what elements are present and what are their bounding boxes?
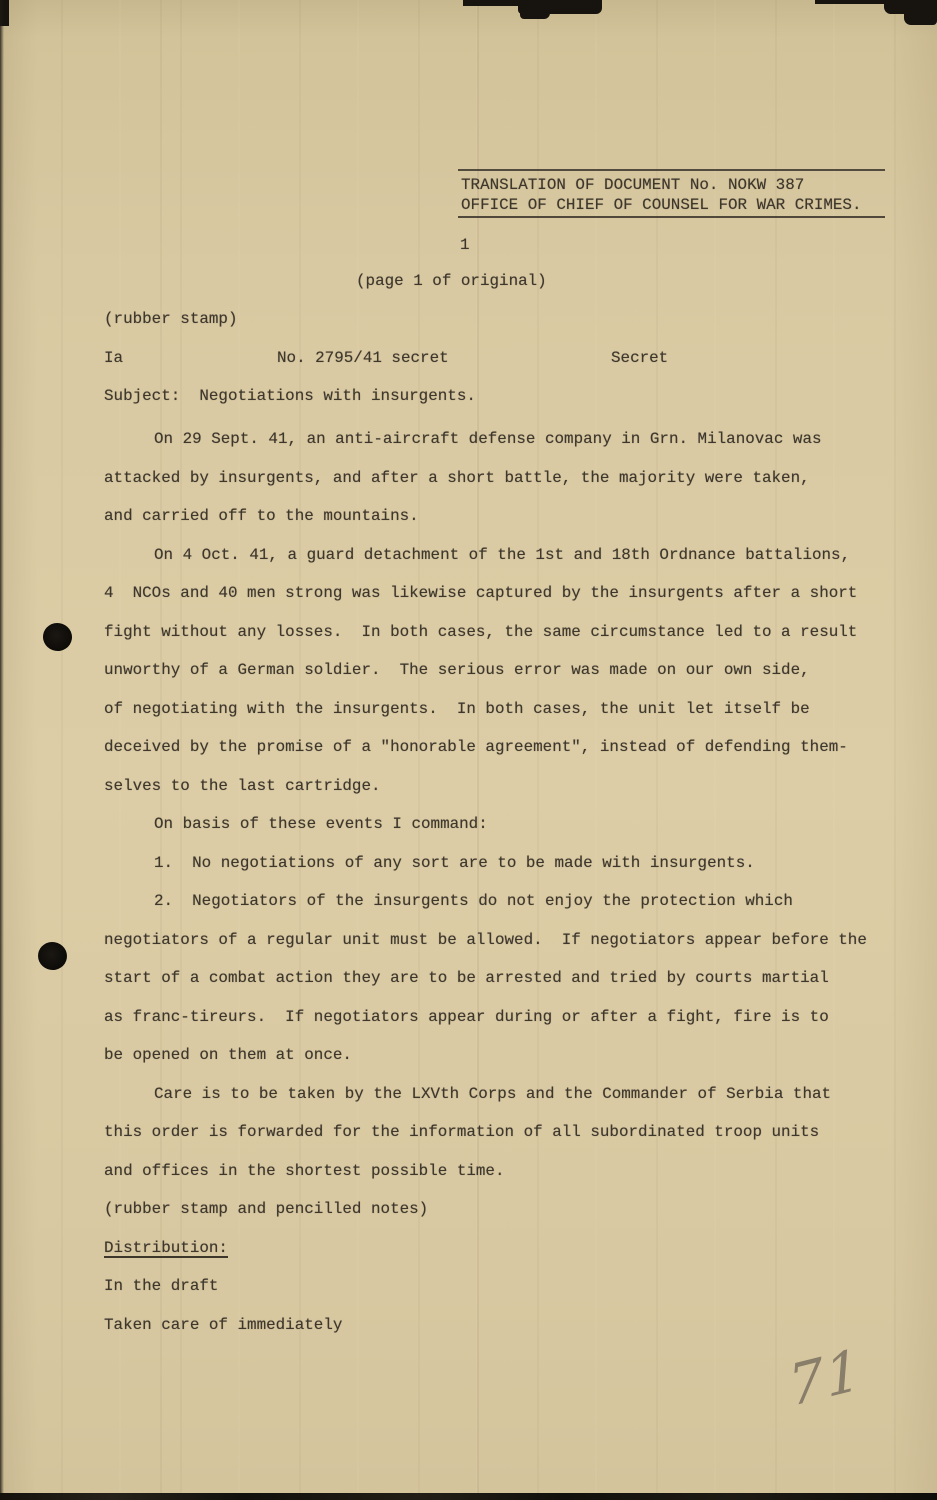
document-body-lines: On 29 Sept. 41, an anti-aircraft defense… (104, 420, 904, 1344)
scan-edge-left (0, 0, 4, 1500)
document-header-stamp: TRANSLATION OF DOCUMENT No. NOKW 387 OFF… (458, 169, 885, 218)
document-line: On 29 Sept. 41, an anti-aircraft defense… (104, 420, 904, 459)
document-line: Distribution: (104, 1229, 904, 1268)
document-line: and offices in the shortest possible tim… (104, 1152, 904, 1191)
document-line: 2. Negotiators of the insurgents do not … (104, 882, 904, 921)
document-line: start of a combat action they are to be … (104, 959, 904, 998)
document-line: Taken care of immediately (104, 1306, 904, 1345)
document-line: 1. No negotiations of any sort are to be… (104, 844, 904, 883)
document-line: fight without any losses. In both cases,… (104, 613, 904, 652)
original-page-marker: (page 1 of original) (356, 272, 547, 290)
subject-line: Subject: Negotiations with insurgents. (104, 387, 476, 405)
document-line: deceived by the promise of a "honorable … (104, 728, 904, 767)
punch-hole-lower (36, 940, 69, 973)
scanned-document-page: TRANSLATION OF DOCUMENT No. NOKW 387 OFF… (0, 0, 937, 1500)
page-number: 1 (460, 236, 470, 254)
pencil-page-number: 71 (786, 1337, 866, 1420)
header-office-line: OFFICE OF CHIEF OF COUNSEL FOR WAR CRIME… (461, 195, 885, 215)
document-line: this order is forwarded for the informat… (104, 1113, 904, 1152)
classification-label: Secret (611, 349, 668, 367)
document-line: 4 NCOs and 40 men strong was likewise ca… (104, 574, 904, 613)
document-line: be opened on them at once. (104, 1036, 904, 1075)
document-line: Care is to be taken by the LXVth Corps a… (104, 1075, 904, 1114)
document-line: selves to the last cartridge. (104, 767, 904, 806)
document-line: In the draft (104, 1267, 904, 1306)
document-line: On 4 Oct. 41, a guard detachment of the … (104, 536, 904, 575)
scan-artifact-top-right-blob (904, 0, 937, 25)
document-line: of negotiating with the insurgents. In b… (104, 690, 904, 729)
scan-artifact-top-blob-notch (520, 0, 550, 19)
punch-hole-upper (41, 621, 74, 654)
document-line: attacked by insurgents, and after a shor… (104, 459, 904, 498)
document-line: and carried off to the mountains. (104, 497, 904, 536)
reference-unit: Ia (104, 349, 123, 367)
reference-number: No. 2795/41 secret (277, 349, 449, 367)
rubber-stamp-note: (rubber stamp) (104, 310, 238, 328)
document-line: On basis of these events I command: (104, 805, 904, 844)
header-title-line: TRANSLATION OF DOCUMENT No. NOKW 387 (461, 175, 885, 195)
document-line: negotiators of a regular unit must be al… (104, 921, 904, 960)
document-line: unworthy of a German soldier. The seriou… (104, 651, 904, 690)
document-line: (rubber stamp and pencilled notes) (104, 1190, 904, 1229)
scan-edge-bottom (0, 1493, 937, 1500)
document-line: as franc-tireurs. If negotiators appear … (104, 998, 904, 1037)
